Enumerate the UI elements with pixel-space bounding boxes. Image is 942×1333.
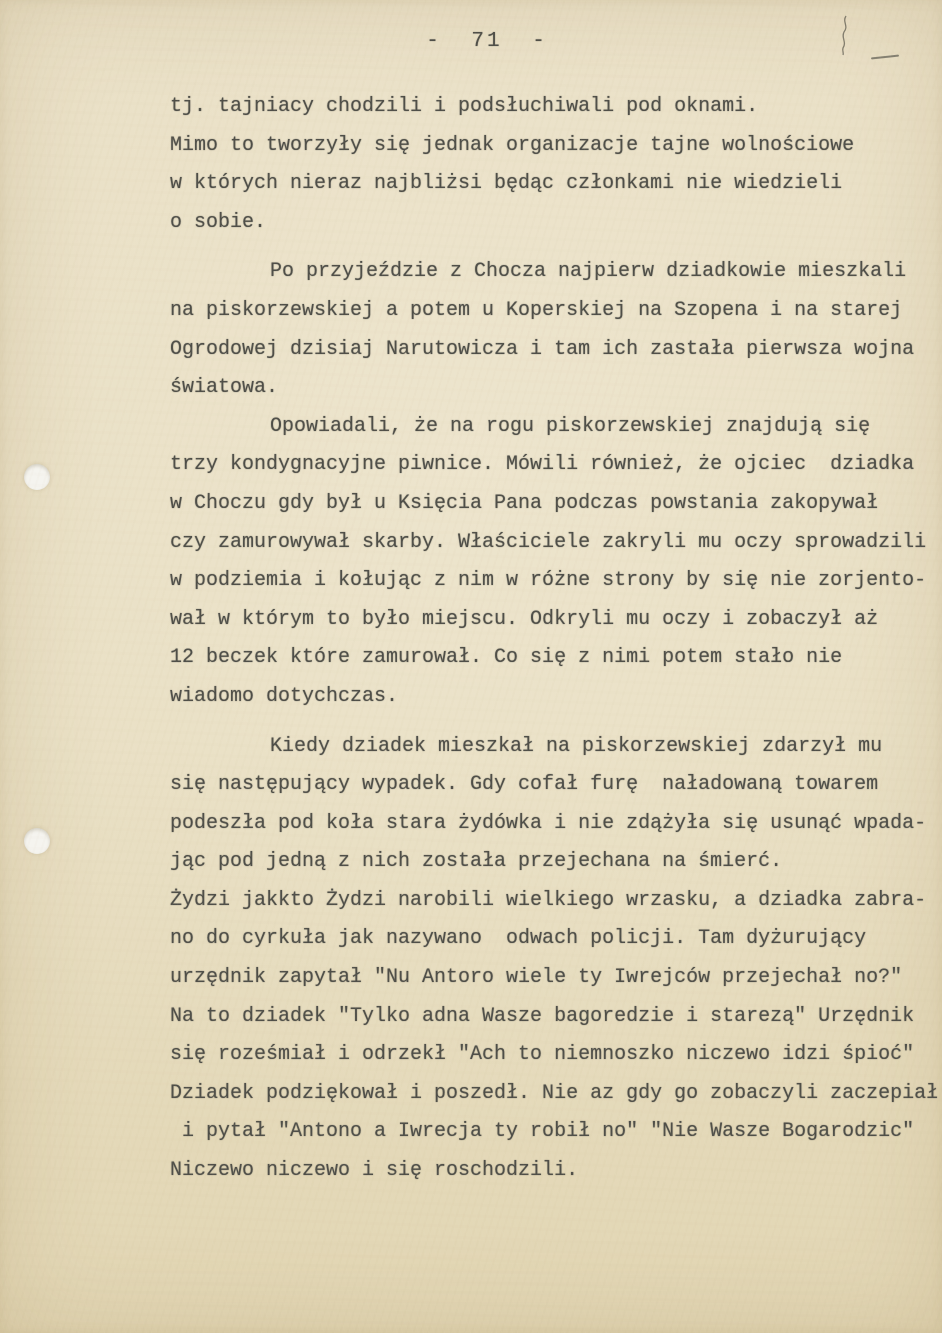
document-page: - 71 - tj. tajniacy chodzili i podsłuchi… xyxy=(0,0,942,1333)
text-line: urzędnik zapytał "Nu Antoro wiele ty Iwr… xyxy=(170,959,922,998)
text-line: w Choczu gdy był u Księcia Pana podczas … xyxy=(170,485,922,524)
paragraph-arrival: Po przyjeździe z Chocza najpierw dziadko… xyxy=(170,253,922,407)
text-line: Ogrodowej dzisiaj Narutowicza i tam ich … xyxy=(170,331,922,370)
text-line: trzy kondygnacyjne piwnice. Mówili równi… xyxy=(170,446,922,485)
text-line: Dziadek podziękował i poszedł. Nie az gd… xyxy=(170,1075,922,1114)
text-line: 12 beczek które zamurował. Co się z nimi… xyxy=(170,639,922,678)
punch-hole-bottom xyxy=(24,828,50,854)
text-line: wiadomo dotychczas. xyxy=(170,678,922,717)
typewritten-text: tj. tajniacy chodzili i podsłuchiwali po… xyxy=(170,88,922,1191)
paragraph-intro: tj. tajniacy chodzili i podsłuchiwali po… xyxy=(170,88,922,242)
text-line: i pytał "Antono a Iwrecja ty robił no" "… xyxy=(170,1113,922,1152)
text-line: Niczewo niczewo i się roschodzili. xyxy=(170,1152,922,1191)
text-line: światowa. xyxy=(170,369,922,408)
text-line: Opowiadali, że na rogu piskorzewskiej zn… xyxy=(170,408,922,447)
text-line: w których nieraz najbliżsi będąc członka… xyxy=(170,165,922,204)
text-line: podeszła pod koła stara żydówka i nie zd… xyxy=(170,805,922,844)
text-line: Kiedy dziadek mieszkał na piskorzewskiej… xyxy=(170,728,922,767)
text-line: o sobie. xyxy=(170,204,922,243)
text-line: tj. tajniacy chodzili i podsłuchiwali po… xyxy=(170,88,922,127)
punch-hole-top xyxy=(24,464,50,490)
text-line: Żydzi jakkto Żydzi narobili wielkiego wr… xyxy=(170,882,922,921)
text-line: na piskorzewskiej a potem u Koperskiej n… xyxy=(170,292,922,331)
paragraph-accident: Kiedy dziadek mieszkał na piskorzewskiej… xyxy=(170,728,922,882)
text-line: wał w którym to było miejscu. Odkryli mu… xyxy=(170,601,922,640)
paragraph-police: Żydzi jakkto Żydzi narobili wielkiego wr… xyxy=(170,882,922,1191)
text-line: jąc pod jedną z nich została przejechana… xyxy=(170,843,922,882)
paragraph-cellars: Opowiadali, że na rogu piskorzewskiej zn… xyxy=(170,408,922,717)
pencil-dash-mark xyxy=(871,55,899,60)
text-line: w podziemia i kołując z nim w różne stro… xyxy=(170,562,922,601)
text-line: Na to dziadek "Tylko adna Wasze bagoredz… xyxy=(170,998,922,1037)
text-line: czy zamurowywał skarby. Właściciele zakr… xyxy=(170,524,922,563)
text-line: Po przyjeździe z Chocza najpierw dziadko… xyxy=(170,253,922,292)
text-line: się następujący wypadek. Gdy cofał furę … xyxy=(170,766,922,805)
text-line: no do cyrkuła jak nazywano odwach policj… xyxy=(170,920,922,959)
text-line: się roześmiał i odrzekł "Ach to niemnosz… xyxy=(170,1036,922,1075)
page-number: - 71 - xyxy=(16,30,942,53)
text-line: Mimo to tworzyły się jednak organizacje … xyxy=(170,127,922,166)
